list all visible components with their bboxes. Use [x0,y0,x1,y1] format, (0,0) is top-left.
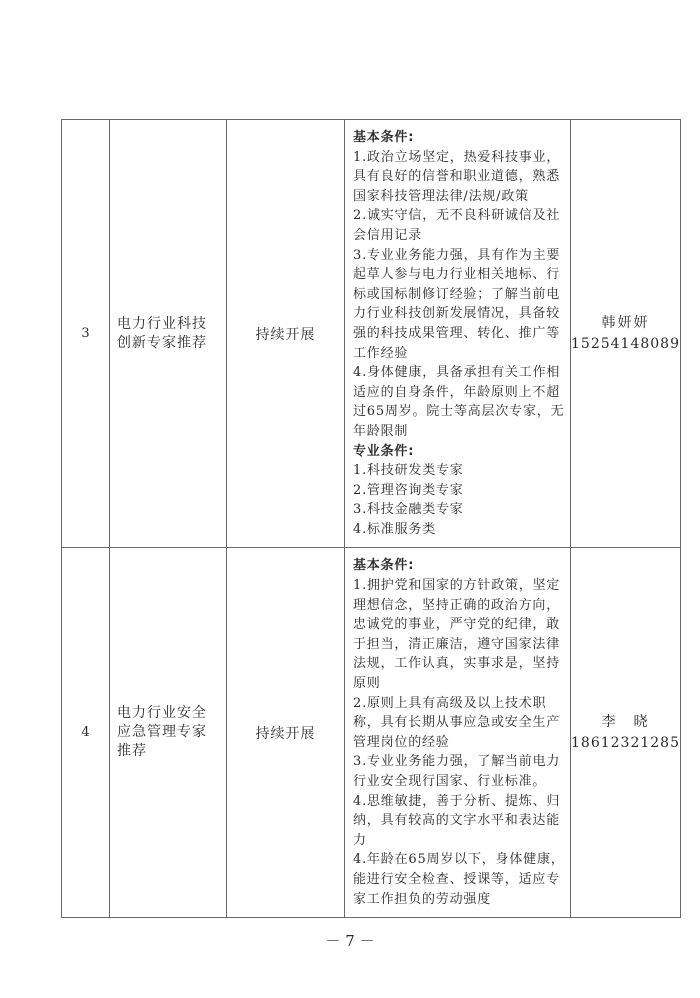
condition-item: 1.政治立场坚定，热爱科技事业，具有良好的信誉和职业道德，熟悉国家科技管理法律/… [353,148,566,207]
condition-item: 1.科技研发类专家 [353,461,566,481]
item-name: 电力行业安全应急管理专家推荐 [110,548,227,918]
condition-item: 3.专业业务能力强，了解当前电力行业安全现行国家、行业标准。 [353,752,566,791]
condition-item: 2.原则上具有高级及以上技术职称，具有长期从事应急或安全生产管理岗位的经验 [353,694,566,753]
contact-cell: 李 晓 18612321285 [571,548,681,918]
schedule: 持续开展 [227,120,345,548]
contact-name: 韩妍妍 [571,313,680,334]
table-row: 3 电力行业科技创新专家推荐 持续开展 基本条件: 1.政治立场坚定，热爱科技事… [62,120,681,548]
conditions-cell: 基本条件: 1.政治立场坚定，热爱科技事业，具有良好的信誉和职业道德，熟悉国家科… [345,120,571,548]
table-row: 4 电力行业安全应急管理专家推荐 持续开展 基本条件: 1.拥护党和国家的方针政… [62,548,681,918]
condition-item: 4.年龄在65周岁以下，身体健康，能进行安全检查、授课等，适应专家工作担负的劳动… [353,850,566,909]
condition-item: 2.诚实守信，无不良科研诚信及社会信用记录 [353,206,566,245]
contact-name: 李 晓 [571,712,680,733]
condition-item: 3.专业业务能力强，具有作为主要起草人参与电力行业相关地标、行标或国标制修订经验… [353,246,566,364]
condition-item: 4.思维敏捷，善于分析、提炼、归纳，具有较高的文字水平和表达能力 [353,792,566,851]
row-number: 3 [62,120,110,548]
contact-cell: 韩妍妍 15254148089 [571,120,681,548]
conditions-heading: 专业条件: [353,442,566,462]
schedule: 持续开展 [227,548,345,918]
page-number: － 7 － [0,930,700,951]
conditions-cell: 基本条件: 1.拥护党和国家的方针政策，坚定理想信念，坚持正确的政治方向，忠诚党… [345,548,571,918]
condition-item: 3.科技金融类专家 [353,500,566,520]
contact-phone: 18612321285 [571,733,680,754]
conditions-heading: 基本条件: [353,556,566,576]
contact-phone: 15254148089 [571,334,680,355]
item-name: 电力行业科技创新专家推荐 [110,120,227,548]
condition-item: 1.拥护党和国家的方针政策，坚定理想信念，坚持正确的政治方向，忠诚党的事业，严守… [353,576,566,694]
expert-recommendation-table: 3 电力行业科技创新专家推荐 持续开展 基本条件: 1.政治立场坚定，热爱科技事… [61,119,681,918]
condition-item: 4.身体健康，具备承担有关工作相适应的自身条件，年龄原则上不超过65周岁。院士等… [353,363,566,441]
row-number: 4 [62,548,110,918]
condition-item: 2.管理咨询类专家 [353,481,566,501]
conditions-heading: 基本条件: [353,128,566,148]
condition-item: 4.标准服务类 [353,520,566,540]
